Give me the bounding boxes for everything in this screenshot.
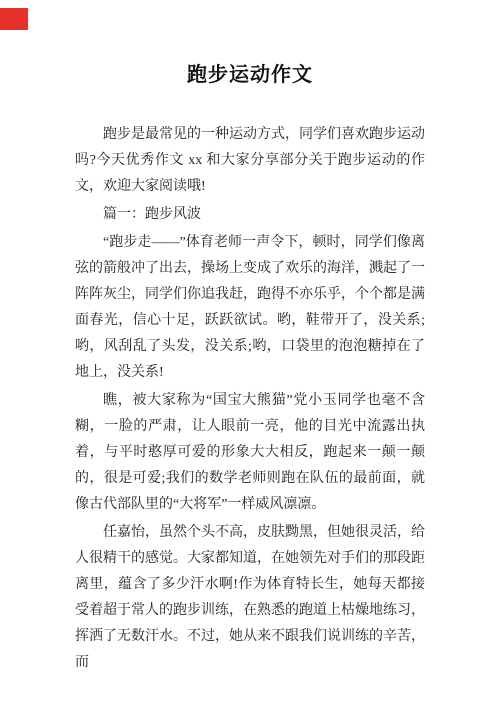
paragraph-intro: 跑步是最常见的一种运动方式，同学们喜欢跑步运动吗?今天优秀作文 xx 和大家分享… [75, 122, 425, 200]
document-body: 跑步是最常见的一种运动方式，同学们喜欢跑步运动吗?今天优秀作文 xx 和大家分享… [75, 122, 425, 676]
paragraph-section-heading: 篇一：跑步风波 [75, 202, 425, 228]
paragraph-body-1: “跑步走——”体育老师一声令下，顿时，同学们像离弦的箭般冲了出去，操场上变成了欢… [75, 230, 425, 386]
page-title: 跑步运动作文 [0, 62, 500, 88]
red-corner-marker [0, 8, 28, 30]
paragraph-body-3: 任嘉怡，虽然个头不高，皮肤黝黑，但她很灵活，给人很精干的感觉。大家都知道，在她领… [75, 520, 425, 676]
document-page: 跑步运动作文 跑步是最常见的一种运动方式，同学们喜欢跑步运动吗?今天优秀作文 x… [0, 0, 500, 708]
paragraph-body-2: 瞧，被大家称为“国宝大熊猫”党小玉同学也毫不含糊，一脸的严肃，让人眼前一亮，他的… [75, 388, 425, 518]
